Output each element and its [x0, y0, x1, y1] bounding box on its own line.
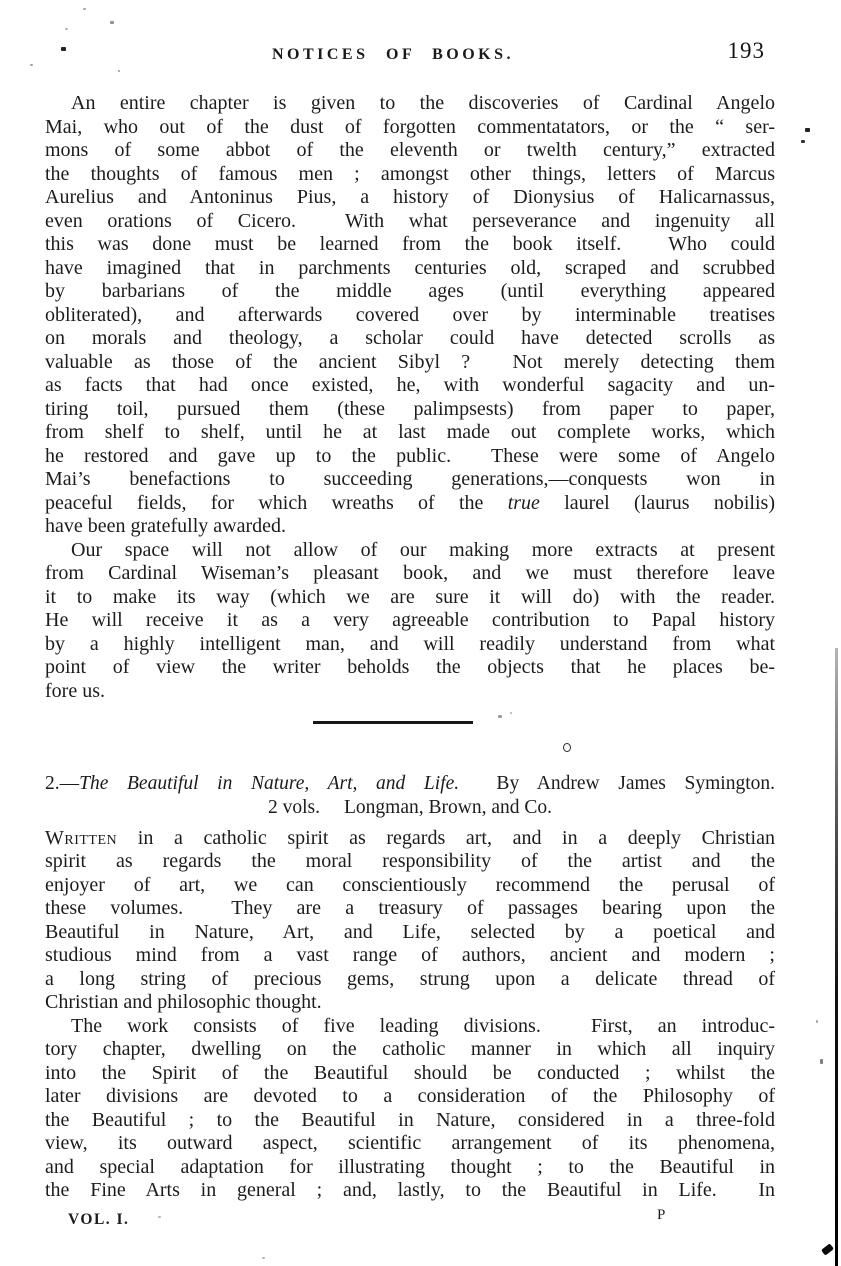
text-line: mons of some abbot of the eleventh or tw…: [45, 139, 775, 163]
text-line: this was done must be learned from the b…: [45, 233, 775, 257]
text-line: peaceful fields, for which wreaths of th…: [45, 492, 775, 516]
text-line: the Beautiful ; to the Beautiful in Natu…: [45, 1109, 775, 1133]
text-segment: laurel (laurus nobilis): [540, 492, 775, 514]
text-line: even orations of Cicero. With what perse…: [45, 210, 775, 234]
text-line: spirit as regards the moral responsibili…: [45, 850, 775, 874]
ink-ring-mark: [563, 743, 571, 752]
text-line: Mai, who out of the dust of forgotten co…: [45, 116, 775, 140]
text-line: He will receive it as a very agreeable c…: [45, 609, 775, 633]
text-line: by barbarians of the middle ages (until …: [45, 280, 775, 304]
review2-heading: 2.—The Beautiful in Nature, Art, and Lif…: [45, 772, 775, 820]
text-line: The work consists of five leading divisi…: [45, 1015, 775, 1039]
text-line: Written in a catholic spirit as regards …: [45, 827, 775, 851]
paragraph-lines: tory chapter, dwelling on the catholic m…: [45, 1038, 775, 1203]
scan-speck: [110, 21, 114, 24]
paragraph-review1-p1: An entire chapter is given to the discov…: [45, 92, 775, 539]
text-line: Christian and philosophic thought.: [45, 991, 775, 1015]
text-line: by a highly intelligent man, and will re…: [45, 633, 775, 657]
scan-speck: [158, 1216, 161, 1218]
volume-label: VOL. I.: [68, 1211, 129, 1228]
italic-word: true: [508, 492, 540, 514]
paragraph-review1-p2: Our space will not allow of our making m…: [45, 539, 775, 704]
text-line: and special adaptation for illustrating …: [45, 1156, 775, 1180]
text-line: Mai’s benefactions to succeeding generat…: [45, 468, 775, 492]
text-line: Our space will not allow of our making m…: [45, 539, 775, 563]
text-line: view, its outward aspect, scientific arr…: [45, 1132, 775, 1156]
paragraph-lines: spirit as regards the moral responsibili…: [45, 850, 775, 991]
scan-speck: [498, 715, 502, 718]
scan-speck: [61, 47, 66, 51]
text-line: from Cardinal Wiseman’s pleasant book, a…: [45, 562, 775, 586]
text-line: these volumes. They are a treasury of pa…: [45, 897, 775, 921]
imprint-line: 2 vols.Longman, Brown, and Co.: [45, 796, 775, 820]
text-line: have been gratefully awarded.: [45, 515, 775, 539]
paragraph-review2-p1: Written in a catholic spirit as regards …: [45, 827, 775, 1015]
signature-mark: P: [657, 1204, 665, 1228]
text-line: later divisions are devoted to a conside…: [45, 1085, 775, 1109]
text-line: Aurelius and Antoninus Pius, a history o…: [45, 186, 775, 210]
scan-speck: [30, 64, 33, 66]
section-divider: [313, 721, 473, 724]
volumes: 2 vols.: [268, 797, 320, 818]
book-page-scan: NOTICES OF BOOKS. 193 An entire chapter …: [0, 0, 841, 1266]
page-footer: VOL. I. P: [45, 1207, 775, 1229]
scan-speck: [805, 128, 810, 132]
scan-speck: [816, 1020, 818, 1023]
publisher: Longman, Brown, and Co.: [344, 797, 552, 818]
text-line: have imagined that in parchments centuri…: [45, 257, 775, 281]
text-line: An entire chapter is given to the discov…: [45, 92, 775, 116]
scan-speck: [262, 1257, 265, 1259]
text-line: enjoyer of art, we can conscientiously r…: [45, 874, 775, 898]
text-line: studious mind from a vast range of autho…: [45, 944, 775, 968]
text-line: as facts that had once existed, he, with…: [45, 374, 775, 398]
text-segment: peaceful fields, for which wreaths of th…: [45, 492, 508, 514]
review2-title-line: 2.—The Beautiful in Nature, Art, and Lif…: [45, 772, 775, 796]
page-number: 193: [728, 38, 766, 64]
text-line: point of view the writer beholds the obj…: [45, 656, 775, 680]
scan-corner-blob: [821, 1243, 834, 1255]
text-line: obliterated), and afterwards covered ove…: [45, 304, 775, 328]
text-line: fore us.: [45, 680, 775, 704]
scan-speck: [65, 28, 68, 30]
paragraph-review2-p2: The work consists of five leading divisi…: [45, 1015, 775, 1203]
paragraph-lines: from Cardinal Wiseman’s pleasant book, a…: [45, 562, 775, 680]
scan-edge-line: [835, 648, 838, 1266]
text-line: valuable as those of the ancient Sibyl ?…: [45, 351, 775, 375]
text-line: a long string of precious gems, strung u…: [45, 968, 775, 992]
smallcaps-lead-word: Written: [45, 827, 117, 849]
text-line: tiring toil, pursued them (these palimps…: [45, 398, 775, 422]
running-header: NOTICES OF BOOKS. 193: [45, 46, 775, 74]
byline: By Andrew James Symington.: [459, 773, 775, 794]
scan-speck: [801, 140, 805, 143]
text-line: on morals and theology, a scholar could …: [45, 327, 775, 351]
text-line: the thoughts of famous men ; amongst oth…: [45, 163, 775, 187]
text-line: the Fine Arts in general ; and, lastly, …: [45, 1179, 775, 1203]
text-line: Beautiful in Nature, Art, and Life, sele…: [45, 921, 775, 945]
scan-speck: [118, 70, 120, 72]
book-title: The Beautiful in Nature, Art, and Life.: [79, 773, 459, 794]
entry-number: 2.—: [45, 773, 79, 794]
page-header-title: NOTICES OF BOOKS.: [28, 46, 758, 64]
text-line: it to make its way (which we are sure it…: [45, 586, 775, 610]
scan-speck: [820, 1059, 823, 1064]
scan-speck: [510, 712, 512, 714]
text-line: he restored and gave up to the public. T…: [45, 445, 775, 469]
paragraph-lines: Mai, who out of the dust of forgotten co…: [45, 116, 775, 492]
text-line: from shelf to shelf, until he at last ma…: [45, 421, 775, 445]
text-line: into the Spirit of the Beautiful should …: [45, 1062, 775, 1086]
text-column: An entire chapter is given to the discov…: [45, 92, 775, 1229]
scan-speck: [83, 8, 86, 10]
text-segment: in a catholic spirit as regards art, and…: [117, 827, 775, 849]
text-line: tory chapter, dwelling on the catholic m…: [45, 1038, 775, 1062]
